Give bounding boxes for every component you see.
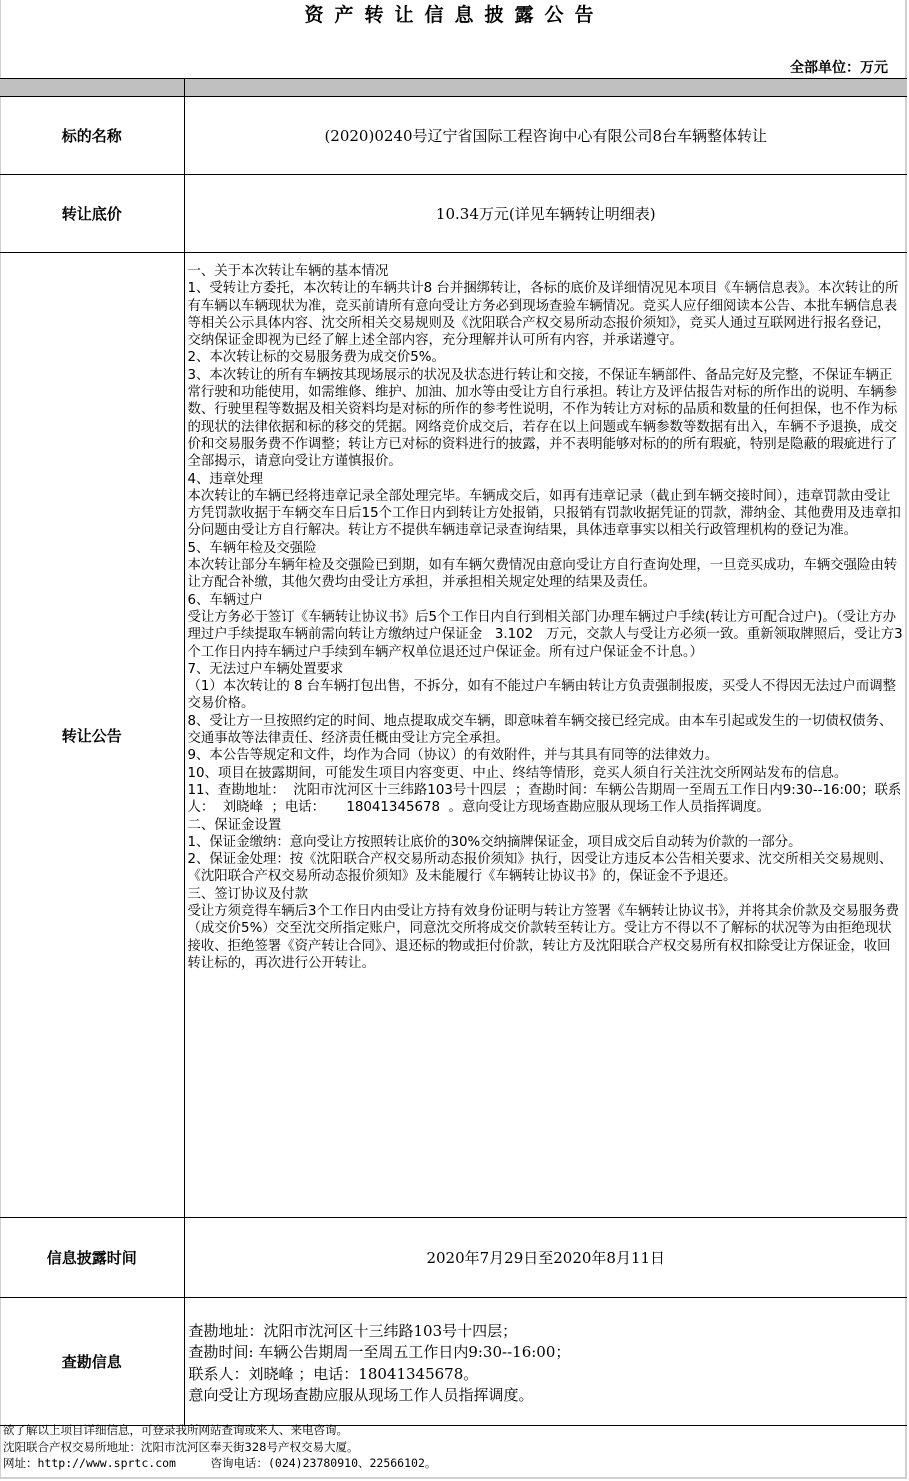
reserve-price-value: 10.34万元(详见车辆转让明细表) (184, 175, 907, 253)
inspection-contact: 联系人：刘晓峰 ；电话：18041345678。 (189, 1364, 908, 1386)
notice-paragraph: 受让方须竞得车辆后3个工作日内由受让方持有效身份证明与转让方签署《车辆转让协议书… (188, 903, 904, 972)
disclosure-period-value: 2020年7月29日至2020年8月11日 (184, 1218, 907, 1298)
inspection-address: 查勘地址：沈阳市沈河区十三纬路103号十四层； (189, 1321, 908, 1343)
website-label: 网址： (3, 1456, 38, 1470)
row-subject-name: 标的名称 (2020)0240号辽宁省国际工程咨询中心有限公司8台车辆整体转让 (0, 97, 907, 175)
notice-section-heading: 三、签订协议及付款 (188, 886, 904, 903)
phone-numbers: (024)23780910、22566102。 (268, 1456, 436, 1470)
transfer-notice-body: 一、关于本次转让车辆的基本情况 1、受转让方委托，本次转让的车辆共计8 台并捆绑… (184, 253, 907, 1218)
website-link[interactable]: http://www.sprtc.com (38, 1456, 176, 1470)
notice-paragraph: 10、项目在披露期间，可能发生项目内容变更、中止、终结等情形，竞买人须自行关注沈… (188, 765, 904, 782)
notice-paragraph: 2、本次转让标的交易服务费为成交价5%。 (188, 349, 904, 366)
notice-subheading: 6、车辆过户 (188, 592, 904, 609)
subject-name-label: 标的名称 (0, 97, 184, 175)
notice-paragraph: 2、保证金处理：按《沈阳联合产权交易所动态报价须知》执行，因受让方违反本公告相关… (188, 851, 904, 886)
header-band-left (0, 79, 184, 97)
disclosure-period-label: 信息披露时间 (0, 1218, 184, 1298)
notice-paragraph: 1、受转让方委托，本次转让的车辆共计8 台并捆绑转让，各标的底价及详细情况见本项… (188, 280, 904, 349)
footer: 欲了解以上项目详细信息，可登录我所网站查询或来人、来电咨询。 沈阳联合产权交易所… (3, 1422, 436, 1472)
footer-inquiry-text: 欲了解以上项目详细信息，可登录我所网站查询或来人、来电咨询。 (3, 1422, 436, 1439)
notice-paragraph: 本次转让部分车辆年检及交强险已到期，如有车辆欠费情况由意向受让方自行查询处理，一… (188, 557, 904, 592)
header-band-row (0, 79, 907, 97)
notice-paragraph: 8、受让方一旦按照约定的时间、地点提取成交车辆，即意味着车辆交接已经完成。由本车… (188, 713, 904, 748)
notice-paragraph: 9、本公告等规定和文件，均作为合同（协议）的有效附件，并与其具有同等的法律效力。 (188, 747, 904, 764)
reserve-price-label: 转让底价 (0, 175, 184, 253)
notice-section-heading: 二、保证金设置 (188, 817, 904, 834)
unit-label: 全部单位：万元 (790, 59, 888, 77)
inspection-time: 查勘时间: 车辆公告期周一至周五工作日内9:30--16:00； (189, 1342, 908, 1364)
notice-section-heading: 一、关于本次转让车辆的基本情况 (188, 263, 904, 280)
inspection-info-label: 查勘信息 (0, 1298, 184, 1426)
notice-paragraph: 受让方务必于签订《车辆转让协议书》后5个工作日内自行到相关部门办理车辆过户手续(… (188, 609, 904, 661)
notice-subheading: 7、无法过户车辆处置要求 (188, 661, 904, 678)
notice-paragraph: （1）本次转让的 8 台车辆打包出售，不拆分，如有不能过户车辆由转让方负责强制报… (188, 678, 904, 713)
subject-name-value: (2020)0240号辽宁省国际工程咨询中心有限公司8台车辆整体转让 (184, 97, 907, 175)
document-title: 资产转让信息披露公告 (0, 2, 909, 28)
inspection-info-body: 查勘地址：沈阳市沈河区十三纬路103号十四层； 查勘时间: 车辆公告期周一至周五… (184, 1298, 907, 1426)
notice-paragraph: 本次转让的车辆已经将违章记录全部处理完毕。车辆成交后，如再有违章记录（截止到车辆… (188, 488, 904, 540)
phone-label: 咨询电话： (210, 1456, 268, 1470)
notice-subheading: 5、车辆年检及交强险 (188, 540, 904, 557)
notice-subheading: 4、违章处理 (188, 471, 904, 488)
footer-contact-line: 网址：http://www.sprtc.com 咨询电话：(024)237809… (3, 1455, 436, 1472)
row-reserve-price: 转让底价 10.34万元(详见车辆转让明细表) (0, 175, 907, 253)
notice-paragraph: 3、本次转让的所有车辆按其现场展示的状况及状态进行转让和交接，不保证车辆部件、备… (188, 367, 904, 471)
notice-paragraph: 1、保证金缴纳：意向受让方按照转让底价的30%交纳摘牌保证金，项目成交后自动转为… (188, 834, 904, 851)
inspection-note: 意向受让方现场查勘应服从现场工作人员指挥调度。 (189, 1385, 908, 1407)
row-inspection-info: 查勘信息 查勘地址：沈阳市沈河区十三纬路103号十四层； 查勘时间: 车辆公告期… (0, 1298, 907, 1426)
row-transfer-notice: 转让公告 一、关于本次转让车辆的基本情况 1、受转让方委托，本次转让的车辆共计8… (0, 253, 907, 1218)
disclosure-table: 标的名称 (2020)0240号辽宁省国际工程咨询中心有限公司8台车辆整体转让 … (0, 78, 907, 1426)
header-band-right (184, 79, 907, 97)
row-disclosure-period: 信息披露时间 2020年7月29日至2020年8月11日 (0, 1218, 907, 1298)
footer-address: 沈阳联合产权交易所地址：沈阳市沈河区奉天街328号产权交易大厦。 (3, 1439, 436, 1456)
transfer-notice-label: 转让公告 (0, 253, 184, 1218)
notice-paragraph: 11、查勘地址： 沈阳市沈河区十三纬路103号十四层 ；查勘时间：车辆公告期周一… (188, 782, 904, 817)
